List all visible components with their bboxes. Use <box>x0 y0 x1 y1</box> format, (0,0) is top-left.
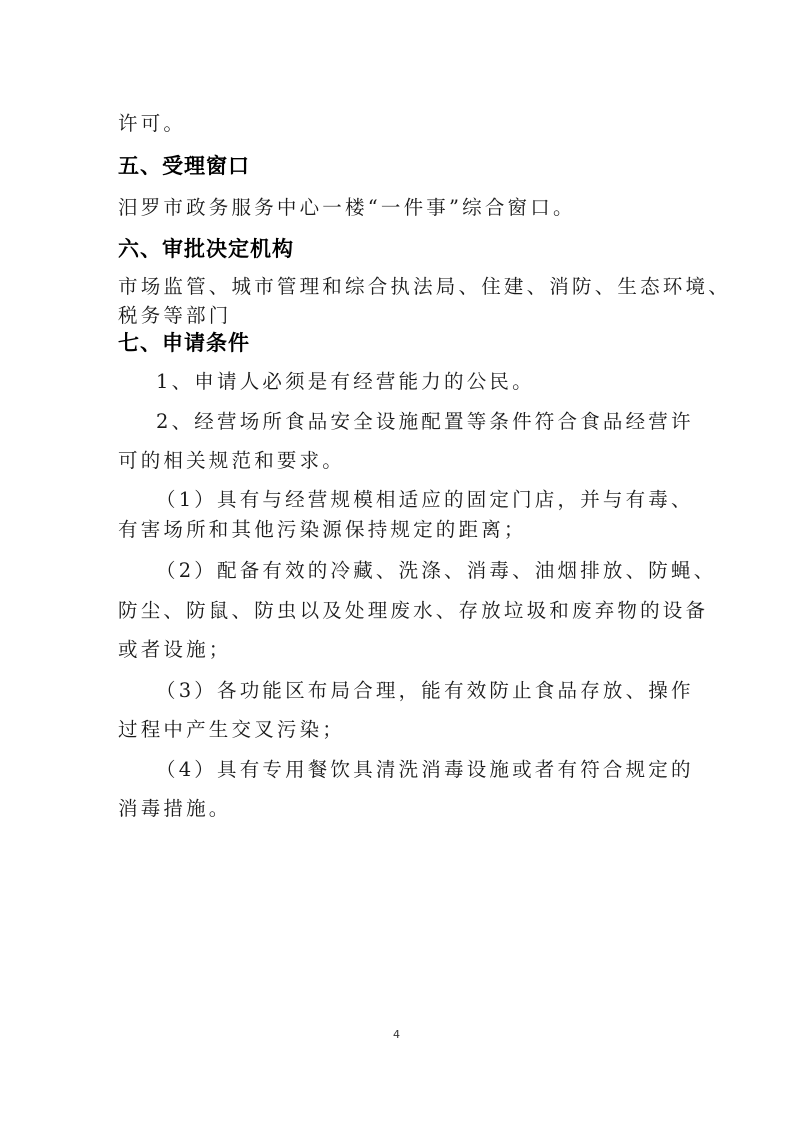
condition-item: 可的相关规范和要求。 <box>118 445 345 473</box>
sub-condition: 消毒措施。 <box>118 793 232 821</box>
condition-item: 1、申请人必须是有经营能力的公民。 <box>156 366 535 394</box>
paragraph-text: 市场监管、城市管理和综合执法局、住建、消防、生态环境、 <box>118 271 731 299</box>
section-heading-5: 五、受理窗口 <box>118 150 250 180</box>
paragraph-text: 汨罗市政务服务中心一楼“一件事”综合窗口。 <box>118 192 576 220</box>
sub-condition: 或者设施； <box>118 634 232 662</box>
sub-condition: （2）配备有效的冷藏、洗涤、消毒、油烟排放、防蝇、 <box>156 555 716 583</box>
paragraph-text: 税务等部门 <box>118 300 232 328</box>
section-heading-7: 七、申请条件 <box>118 327 250 357</box>
sub-condition: 过程中产生交叉污染； <box>118 714 345 742</box>
page-number: 4 <box>0 1028 793 1041</box>
section-heading-6: 六、审批决定机构 <box>118 233 294 263</box>
sub-condition: 防尘、防鼠、防虫以及处理废水、存放垃圾和废弃物的设备 <box>118 595 708 623</box>
sub-condition: 有害场所和其他污染源保持规定的距离； <box>118 514 527 542</box>
paragraph-text: 许可。 <box>118 108 186 136</box>
sub-condition: （3）各功能区布局合理，能有效防止食品存放、操作 <box>156 675 694 703</box>
sub-condition: （1）具有与经营规模相适应的固定门店，并与有毒、 <box>156 484 694 512</box>
sub-condition: （4）具有专用餐饮具清洗消毒设施或者有符合规定的 <box>156 754 694 782</box>
condition-item: 2、经营场所食品安全设施配置等条件符合食品经营许 <box>156 406 694 434</box>
